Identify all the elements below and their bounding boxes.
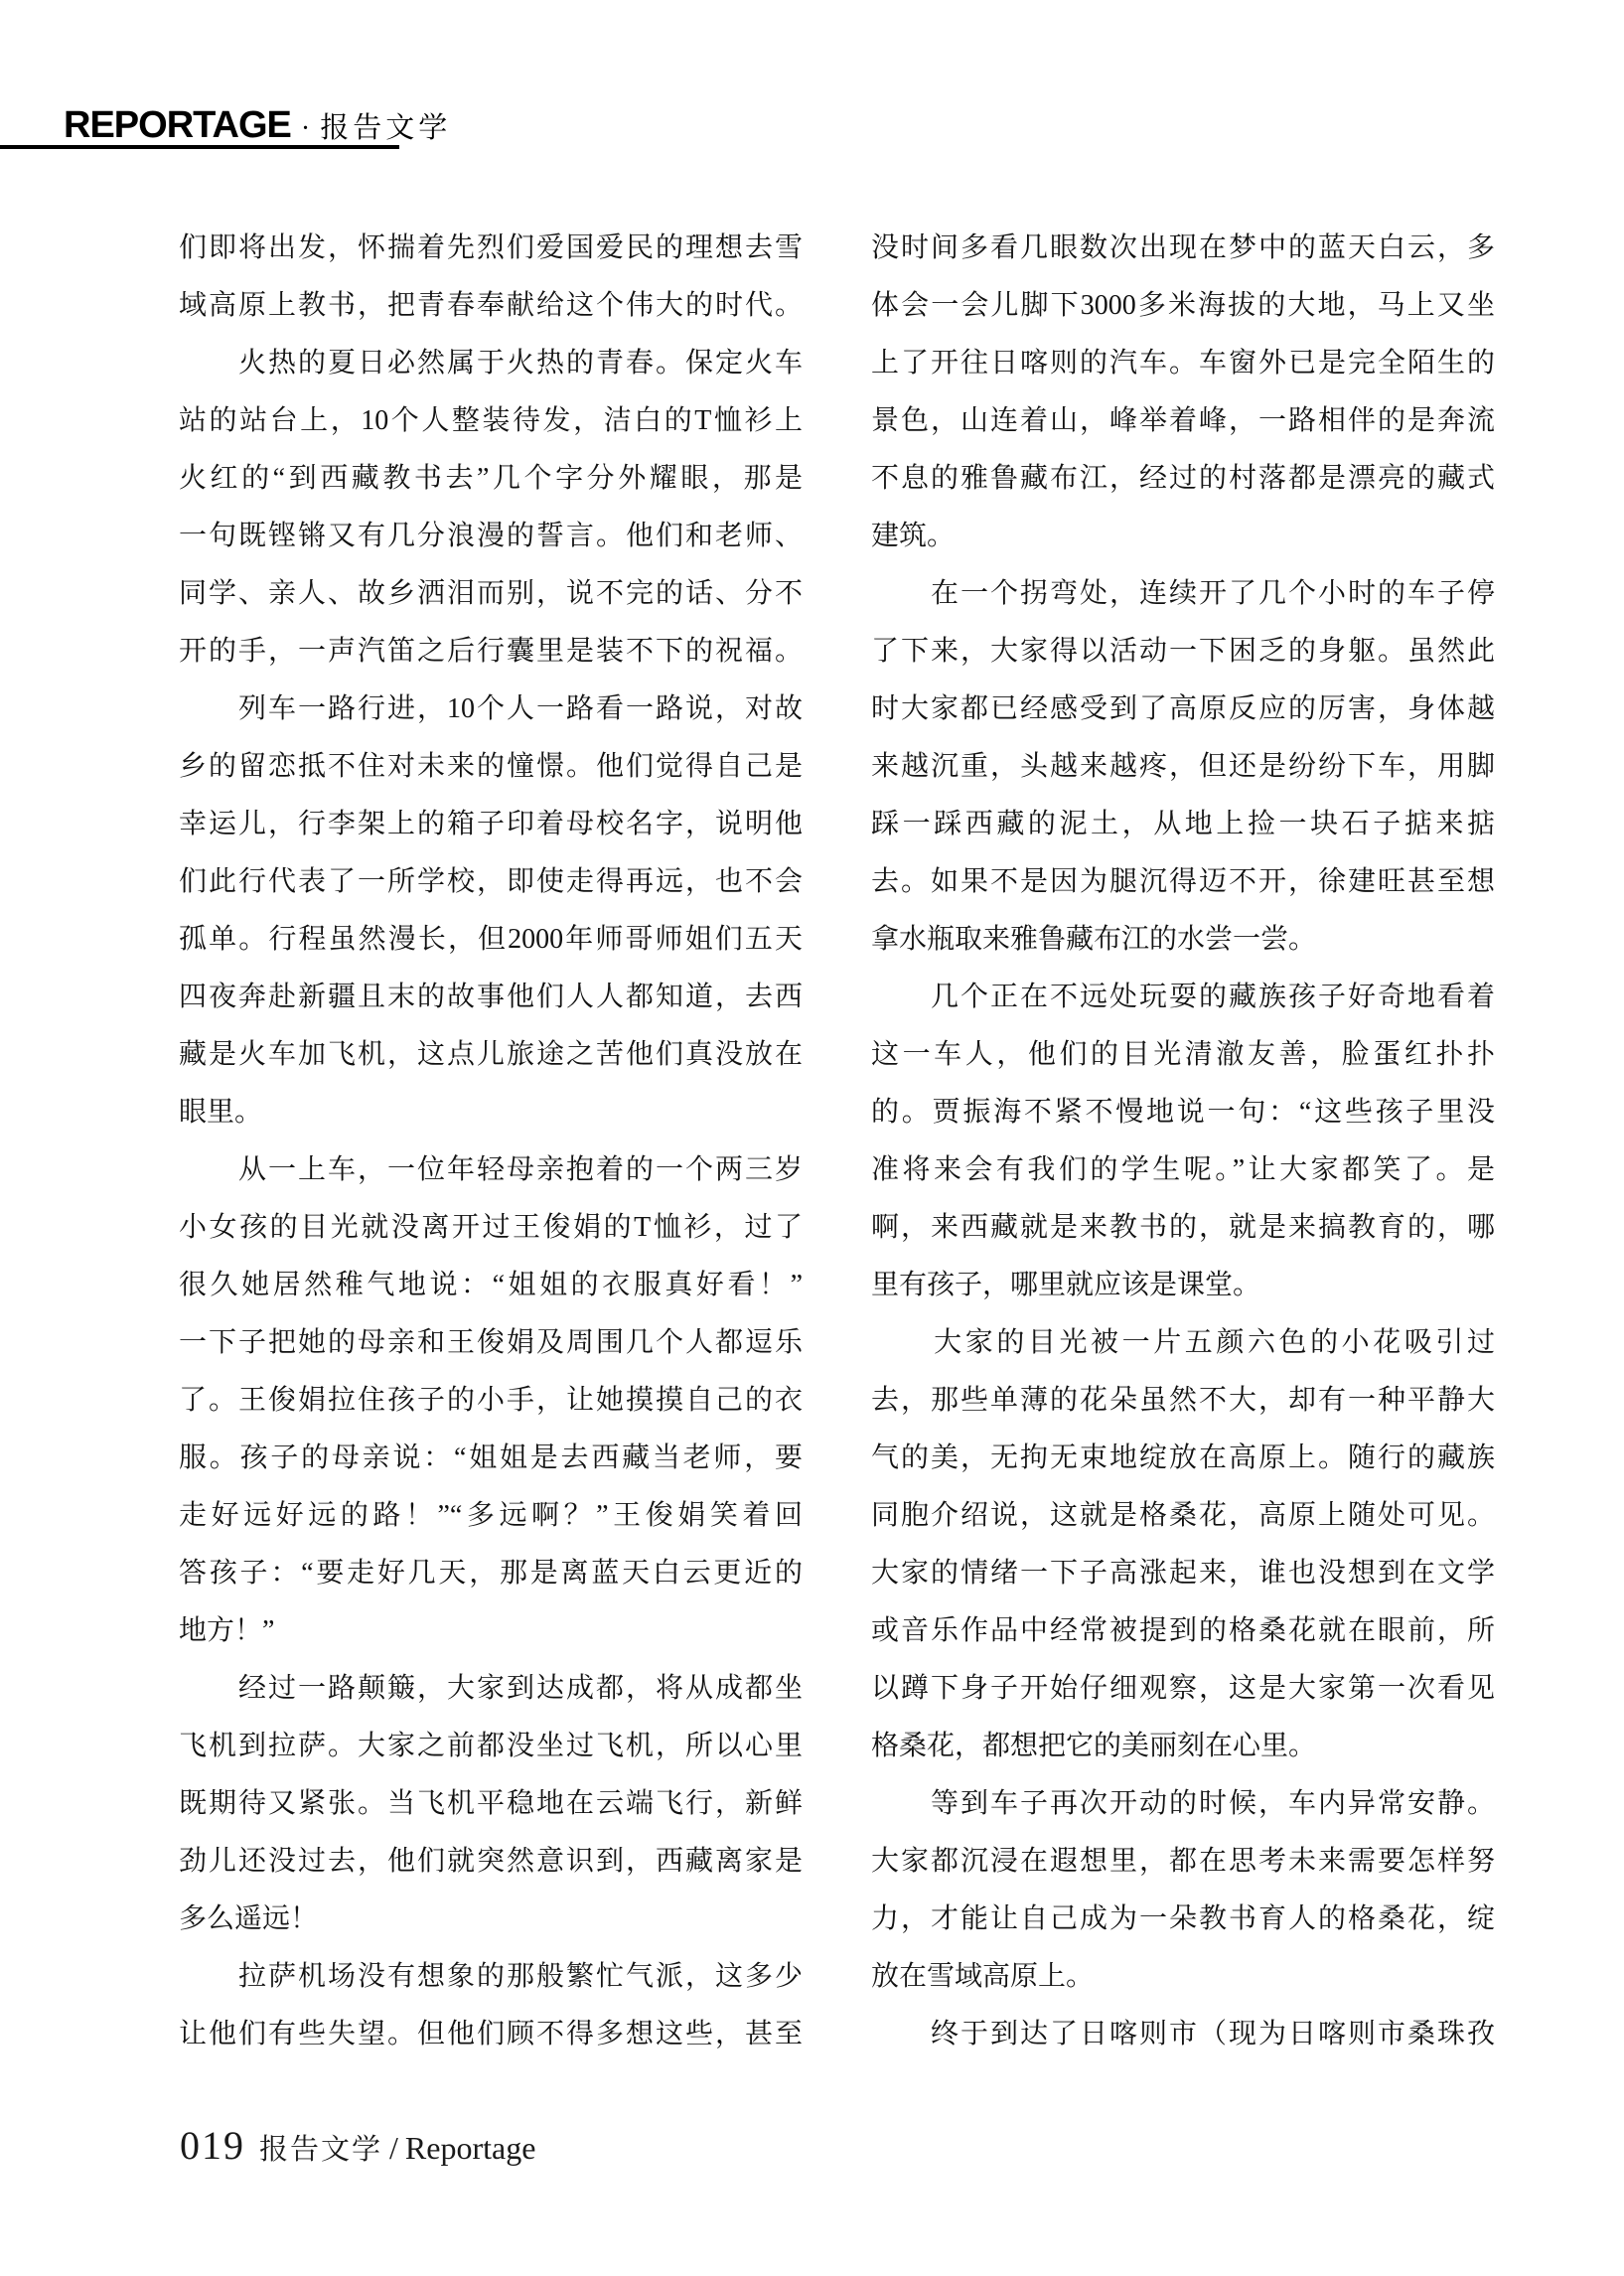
text-line: 飞机到拉萨。大家之前都没坐过飞机，所以心里 <box>179 1718 803 1775</box>
text-line: 经过一路颠簸，大家到达成都，将从成都坐 <box>179 1660 803 1718</box>
text-line: 几个正在不远处玩耍的藏族孩子好奇地看着 <box>871 969 1495 1026</box>
text-line: 孤单。行程虽然漫长，但2000年师哥师姐们五天 <box>179 911 803 969</box>
text-line: 从一上车，一位年轻母亲抱着的一个两三岁 <box>179 1141 803 1199</box>
text-line: 火热的夏日必然属于火热的青春。保定火车 <box>179 335 803 392</box>
page-number: 019 <box>180 2123 245 2168</box>
text-line: 不息的雅鲁藏布江，经过的村落都是漂亮的藏式 <box>871 450 1495 508</box>
text-line: 去。如果不是因为腿沉得迈不开，徐建旺甚至想 <box>871 853 1495 911</box>
text-line: 四夜奔赴新疆且末的故事他们人人都知道，去西 <box>179 969 803 1026</box>
text-line: 终于到达了日喀则市（现为日喀则市桑珠孜 <box>871 2006 1495 2063</box>
section-title-en: REPORTAGE <box>64 104 291 146</box>
text-line: 多么遥远！ <box>179 1891 803 1948</box>
text-line: 来越沉重，头越来越疼，但还是纷纷下车，用脚 <box>871 738 1495 796</box>
text-line: 们即将出发，怀揣着先烈们爱国爱民的理想去雪 <box>179 220 803 277</box>
text-line: 站的站台上，10个人整装待发，洁白的T恤衫上 <box>179 392 803 450</box>
text-line: 时大家都已经感受到了高原反应的厉害，身体越 <box>871 681 1495 738</box>
text-line: 眼里。 <box>179 1084 803 1141</box>
text-line: 们此行代表了一所学校，即使走得再远，也不会 <box>179 853 803 911</box>
text-line: 乡的留恋抵不住对未来的憧憬。他们觉得自己是 <box>179 738 803 796</box>
text-line: 大家的目光被一片五颜六色的小花吸引过 <box>871 1314 1495 1372</box>
text-line: 上了开往日喀则的汽车。车窗外已是完全陌生的 <box>871 335 1495 392</box>
text-line: 同胞介绍说，这就是格桑花，高原上随处可见。 <box>871 1487 1495 1545</box>
text-line: 拿水瓶取来雅鲁藏布江的水尝一尝。 <box>871 911 1495 969</box>
text-line: 或音乐作品中经常被提到的格桑花就在眼前，所 <box>871 1602 1495 1660</box>
text-line: 没时间多看几眼数次出现在梦中的蓝天白云，多 <box>871 220 1495 277</box>
text-line: 让他们有些失望。但他们顾不得多想这些，甚至 <box>179 2006 803 2063</box>
text-line: 力，才能让自己成为一朵教书育人的格桑花，绽 <box>871 1891 1495 1948</box>
footer-separator-slash: / <box>389 2130 398 2166</box>
text-line: 了下来，大家得以活动一下困乏的身躯。虽然此 <box>871 623 1495 681</box>
text-line: 以蹲下身子开始仔细观察，这是大家第一次看见 <box>871 1660 1495 1718</box>
text-line: 幸运儿，行李架上的箱子印着母校名字，说明他 <box>179 796 803 853</box>
section-title-zh: 报告文学 <box>320 112 451 144</box>
text-line: 大家都沉浸在遐想里，都在思考未来需要怎样努 <box>871 1833 1495 1891</box>
text-line: 气的美，无拘无束地绽放在高原上。随行的藏族 <box>871 1430 1495 1487</box>
header-rule <box>0 145 399 149</box>
footer-section-en: Reportage <box>405 2130 536 2166</box>
text-line: 去，那些单薄的花朵虽然不大，却有一种平静大 <box>871 1372 1495 1430</box>
text-line: 等到车子再次开动的时候，车内异常安静。 <box>871 1775 1495 1833</box>
text-line: 走好远好远的路！”“多远啊？”王俊娟笑着回 <box>179 1487 803 1545</box>
text-line: 火红的“到西藏教书去”几个字分外耀眼，那是 <box>179 450 803 508</box>
text-line: 地方！” <box>179 1602 803 1660</box>
text-line: 一句既铿锵又有几分浪漫的誓言。他们和老师、 <box>179 508 803 565</box>
text-line: 建筑。 <box>871 508 1495 565</box>
page-footer: 019报告文学/Reportage <box>180 2120 535 2172</box>
text-line: 域高原上教书，把青春奉献给这个伟大的时代。 <box>179 277 803 335</box>
text-line: 景色，山连着山，峰举着峰，一路相伴的是奔流 <box>871 392 1495 450</box>
text-line: 劲儿还没过去，他们就突然意识到，西藏离家是 <box>179 1833 803 1891</box>
text-line: 这一车人，他们的目光清澈友善，脸蛋红扑扑 <box>871 1026 1495 1084</box>
text-line: 的。贾振海不紧不慢地说一句：“这些孩子里没 <box>871 1084 1495 1141</box>
page-header: REPORTAGE·报告文学 <box>64 103 451 147</box>
text-line: 列车一路行进，10个人一路看一路说，对故 <box>179 681 803 738</box>
text-line: 里有孩子，哪里就应该是课堂。 <box>871 1257 1495 1314</box>
text-line: 了。王俊娟拉住孩子的小手，让她摸摸自己的衣 <box>179 1372 803 1430</box>
text-line: 既期待又紧张。当飞机平稳地在云端飞行，新鲜 <box>179 1775 803 1833</box>
text-line: 体会一会儿脚下3000多米海拔的大地，马上又坐 <box>871 277 1495 335</box>
text-line: 开的手，一声汽笛之后行囊里是装不下的祝福。 <box>179 623 803 681</box>
text-line: 啊，来西藏就是来教书的，就是来搞教育的，哪 <box>871 1199 1495 1257</box>
text-line: 答孩子：“要走好几天，那是离蓝天白云更近的 <box>179 1545 803 1602</box>
magazine-page: REPORTAGE·报告文学 们即将出发，怀揣着先烈们爱国爱民的理想去雪域高原上… <box>0 0 1624 2276</box>
text-line: 放在雪域高原上。 <box>871 1948 1495 2006</box>
text-line: 格桑花，都想把它的美丽刻在心里。 <box>871 1718 1495 1775</box>
text-line: 很久她居然稚气地说：“姐姐的衣服真好看！” <box>179 1257 803 1314</box>
text-line: 同学、亲人、故乡洒泪而别，说不完的话、分不 <box>179 565 803 623</box>
right-column: 没时间多看几眼数次出现在梦中的蓝天白云，多体会一会儿脚下3000多米海拔的大地，… <box>871 220 1495 2063</box>
text-line: 拉萨机场没有想象的那般繁忙气派，这多少 <box>179 1948 803 2006</box>
footer-section-zh: 报告文学 <box>259 2134 382 2166</box>
section-title-separator-dot: · <box>301 113 310 144</box>
text-line: 小女孩的目光就没离开过王俊娟的T恤衫，过了 <box>179 1199 803 1257</box>
text-line: 踩一踩西藏的泥土，从地上捡一块石子掂来掂 <box>871 796 1495 853</box>
left-column: 们即将出发，怀揣着先烈们爱国爱民的理想去雪域高原上教书，把青春奉献给这个伟大的时… <box>179 220 803 2063</box>
text-line: 一下子把她的母亲和王俊娟及周围几个人都逗乐 <box>179 1314 803 1372</box>
text-line: 在一个拐弯处，连续开了几个小时的车子停 <box>871 565 1495 623</box>
text-line: 服。孩子的母亲说：“姐姐是去西藏当老师，要 <box>179 1430 803 1487</box>
text-line: 大家的情绪一下子高涨起来，谁也没想到在文学 <box>871 1545 1495 1602</box>
text-line: 藏是火车加飞机，这点儿旅途之苦他们真没放在 <box>179 1026 803 1084</box>
text-line: 准将来会有我们的学生呢。”让大家都笑了。是 <box>871 1141 1495 1199</box>
